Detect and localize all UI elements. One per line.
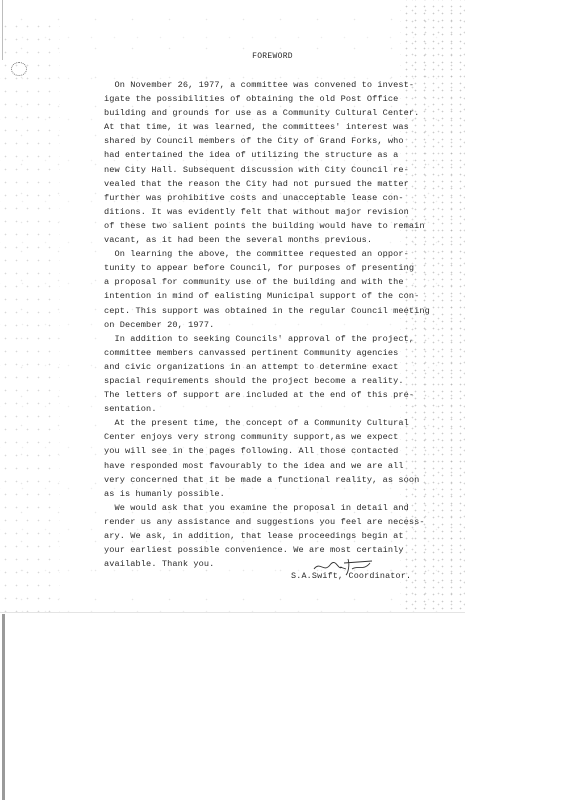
text-line: At the present time, the concept of a Co…: [104, 416, 484, 430]
text-line: sentation.: [104, 402, 484, 416]
page-title: FOREWORD: [0, 52, 465, 61]
scan-edge: [2, 614, 5, 800]
text-line: further was prohibitive costs and unacce…: [104, 191, 484, 205]
paragraph: In addition to seeking Councils' approva…: [104, 332, 484, 417]
text-line: new City Hall. Subsequent discussion wit…: [104, 163, 484, 177]
hole-punch-icon: [11, 62, 27, 76]
text-line: vealed that the reason the City had not …: [104, 177, 484, 191]
paragraph: At the present time, the concept of a Co…: [104, 416, 484, 501]
text-line: ditions. It was evidently felt that with…: [104, 205, 484, 219]
scan-noise-left: [0, 20, 60, 614]
text-line: a proposal for community use of the buil…: [104, 275, 484, 289]
text-line: We would ask that you examine the propos…: [104, 501, 484, 515]
text-line: On November 26, 1977, a committee was co…: [104, 78, 484, 92]
text-line: your earliest possible convenience. We a…: [104, 543, 484, 557]
text-line: On learning the above, the committee req…: [104, 247, 484, 261]
text-line: you will see in the pages following. All…: [104, 444, 484, 458]
text-line: very concerned that it be made a functio…: [104, 473, 484, 487]
scanned-page: FOREWORD On November 26, 1977, a committ…: [0, 0, 565, 800]
text-line: shared by Council members of the City of…: [104, 134, 484, 148]
paragraph: On learning the above, the committee req…: [104, 247, 484, 332]
text-line: vacant, as it had been the several month…: [104, 233, 484, 247]
text-line: committee members canvassed pertinent Co…: [104, 346, 484, 360]
text-line: of these two salient points the building…: [104, 219, 484, 233]
text-line: as is humanly possible.: [104, 487, 484, 501]
scan-edge: [0, 612, 465, 613]
text-line: and civic organizations in an attempt to…: [104, 360, 484, 374]
text-line: ary. We ask, in addition, that lease pro…: [104, 529, 484, 543]
signature-block: S.A.Swift, Coordinator.: [291, 571, 411, 581]
text-line: have responded most favourably to the id…: [104, 459, 484, 473]
text-line: render us any assistance and suggestions…: [104, 515, 484, 529]
text-line: tunity to appear before Council, for pur…: [104, 261, 484, 275]
title-text: FOREWORD: [252, 52, 293, 61]
text-line: The letters of support are included at t…: [104, 388, 484, 402]
text-line: igate the possibilities of obtaining the…: [104, 92, 484, 106]
foreword-body: On November 26, 1977, a committee was co…: [104, 78, 484, 571]
paragraph: On November 26, 1977, a committee was co…: [104, 78, 484, 247]
text-line: Center enjoys very strong community supp…: [104, 430, 484, 444]
text-line: building and grounds for use as a Commun…: [104, 106, 484, 120]
text-line: cept. This support was obtained in the r…: [104, 304, 484, 318]
text-line: spacial requirements should the project …: [104, 374, 484, 388]
text-line: had entertained the idea of utilizing th…: [104, 148, 484, 162]
scan-edge: [2, 0, 3, 60]
text-line: At that time, it was learned, the commit…: [104, 120, 484, 134]
text-line: intention in mind of ealisting Municipal…: [104, 289, 484, 303]
paragraph: We would ask that you examine the propos…: [104, 501, 484, 571]
text-line: available. Thank you.: [104, 557, 484, 571]
text-line: on December 20, 1977.: [104, 318, 484, 332]
text-line: In addition to seeking Councils' approva…: [104, 332, 484, 346]
